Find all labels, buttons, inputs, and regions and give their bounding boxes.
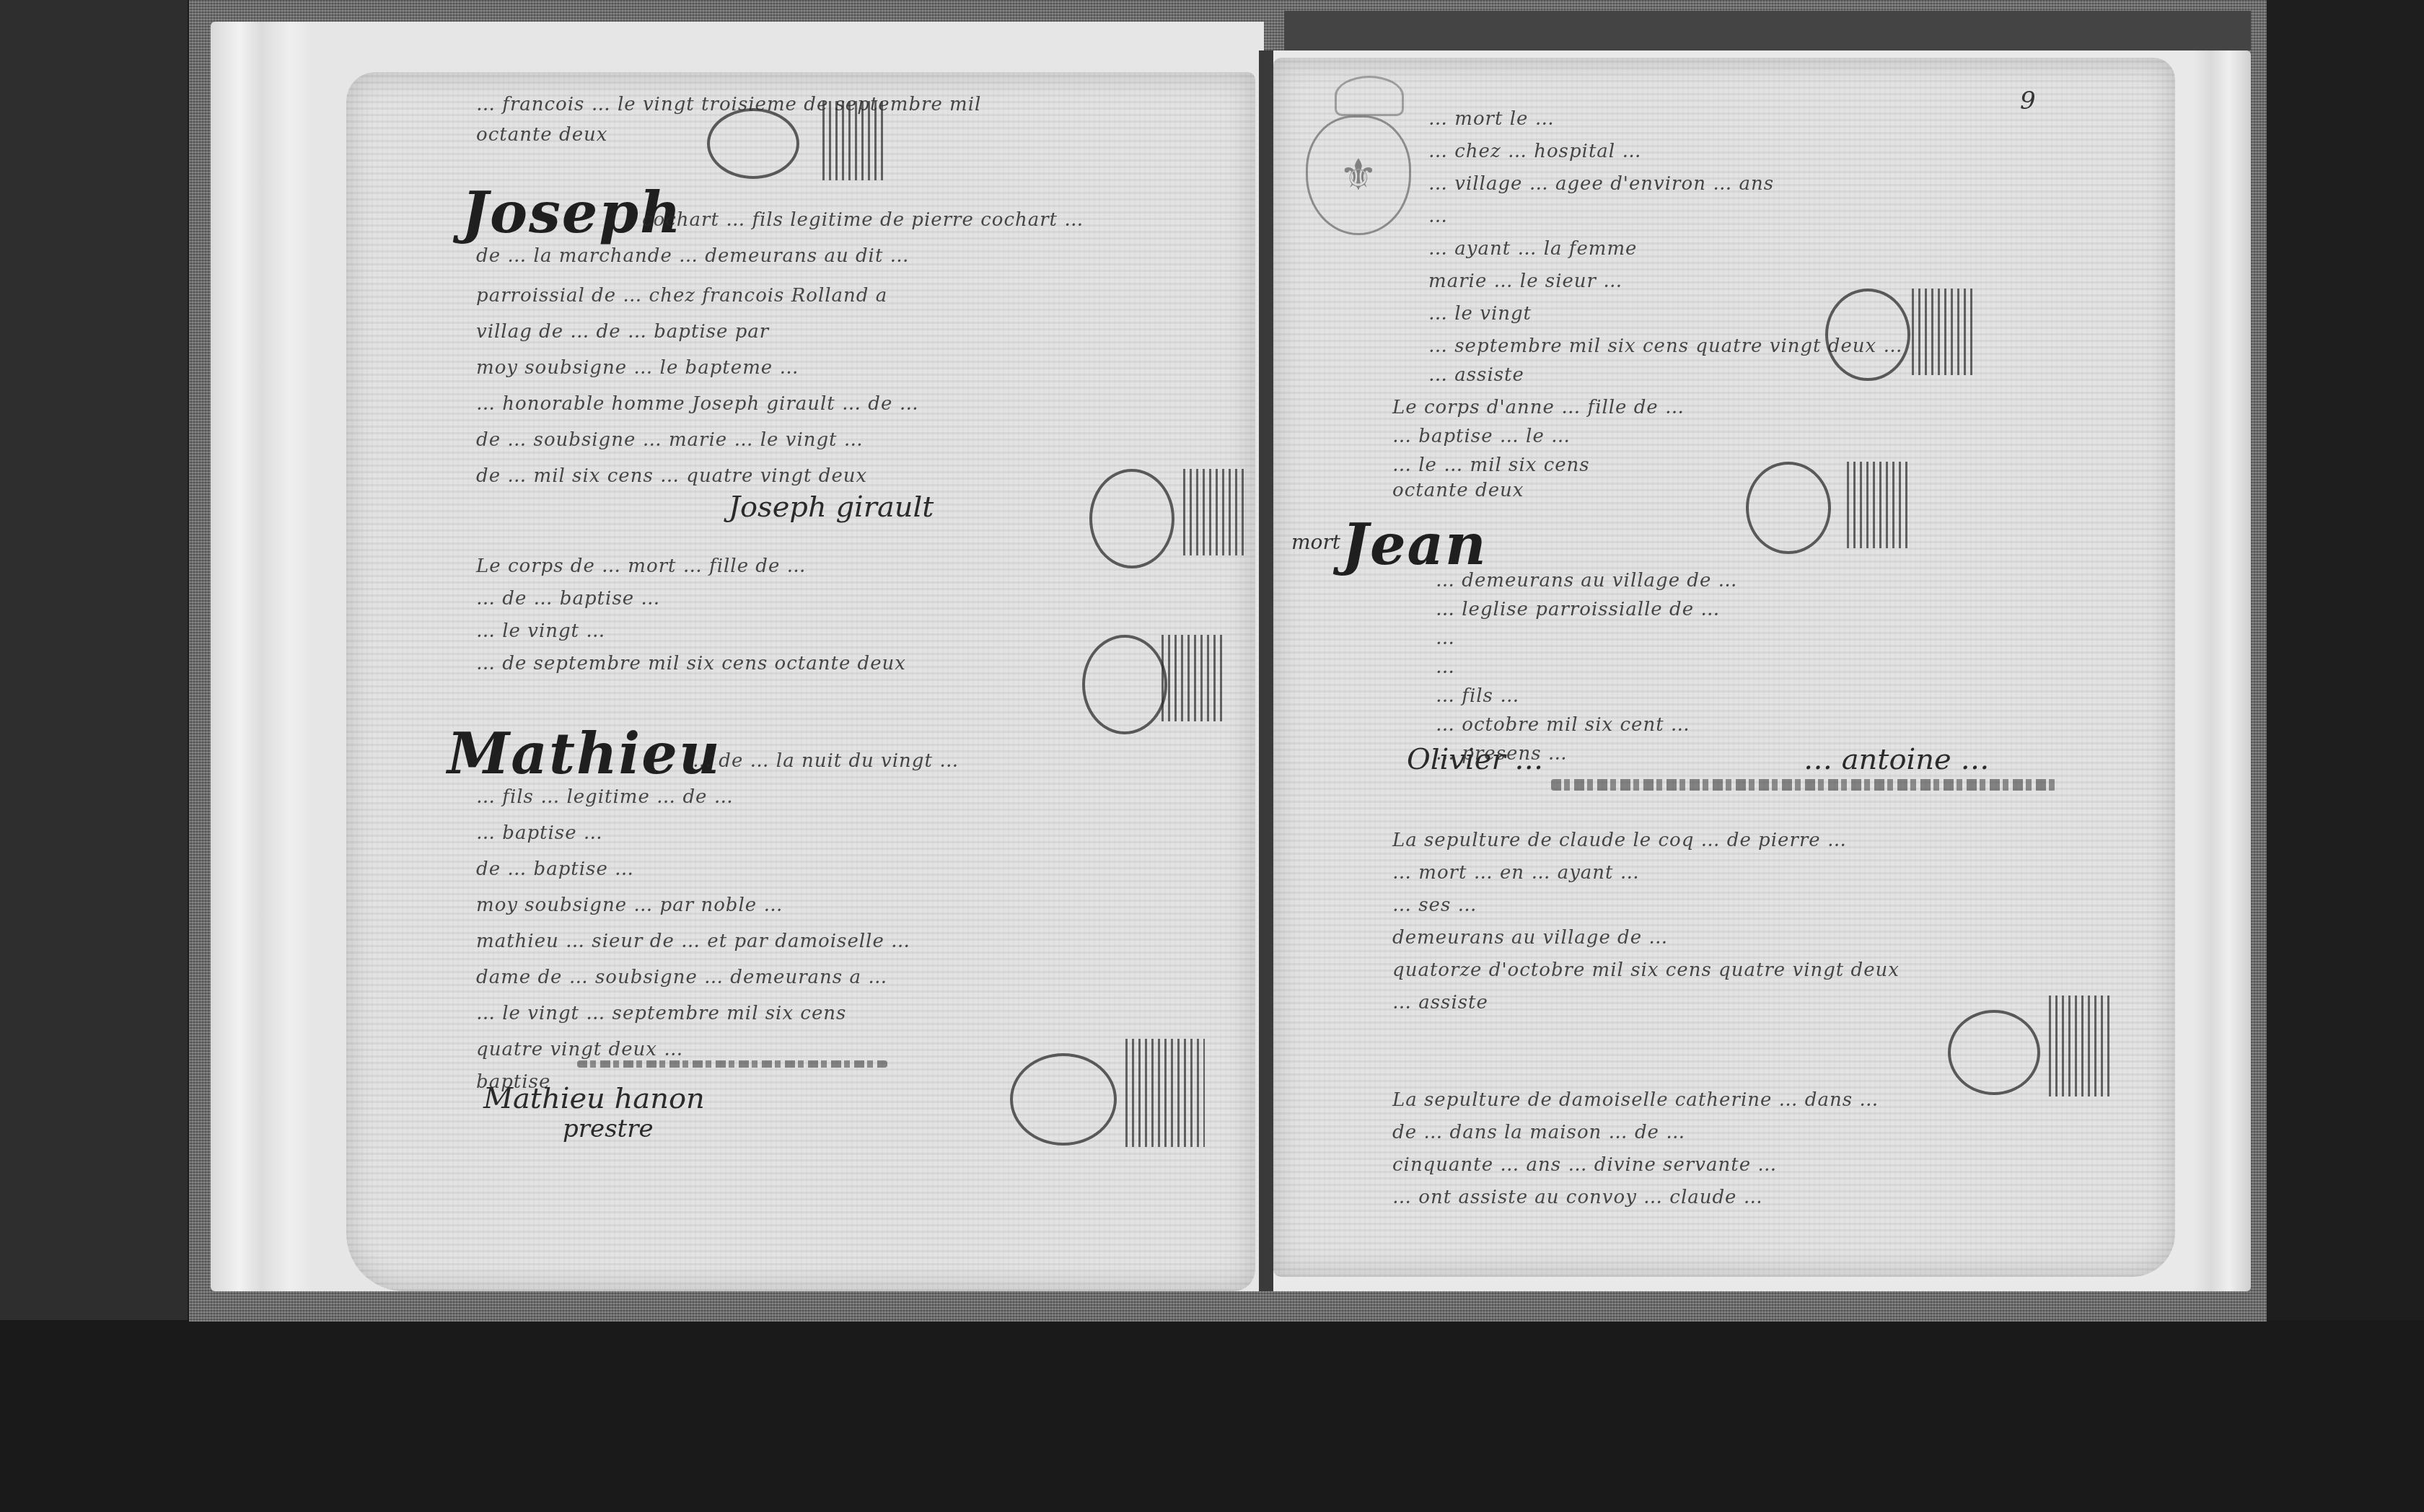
text-line: … mort … en … ayant … [1392,862,1640,884]
text-line: moy soubsigne … le bapteme … [476,357,799,379]
signature-paraph [1948,1010,2040,1095]
crown-stamp-icon [1335,76,1404,116]
text-line: … assiste [1428,364,1524,386]
text-line: … octobre mil six cent … [1436,714,1690,736]
text-line: cochart … fils legitime de pierre cochar… [642,209,1084,231]
text-line: dame de … soubsigne … demeurans a … [476,967,887,988]
page-number: 9 [2020,87,2036,115]
text-line: demeurans au village de … [1392,927,1668,949]
text-line: … ses … [1392,895,1477,916]
text-line: … de septembre mil six cens octante deux [476,653,906,674]
text-line: … fils … legitime … de … [476,786,734,808]
text-line: octante deux [476,124,607,146]
text-line: … de … baptise … [476,588,660,610]
text-line: … chez … hospital … [1428,141,1641,162]
book-gutter [1259,50,1273,1291]
entry-name-mathieu: Mathieu [447,721,721,787]
text-line: mathieu … sieur de … et par damoiselle … [476,931,910,952]
text-line: La sepulture de claude le coq … de pierr… [1392,830,1847,851]
text-line: de … mil six cens … quatre vingt deux [476,465,867,487]
entry-name-jean: Jean [1342,512,1488,578]
text-line: … ont assiste au convoy … claude … [1392,1187,1763,1208]
signature-flourish [1161,635,1226,721]
signature-paraph [1746,462,1831,554]
text-line: … le vingt … septembre mil six cens [476,1003,846,1024]
text-line: … mort le … [1428,108,1555,130]
text-line: de … soubsigne … marie … le vingt … [476,429,864,451]
text-line: … village … agee d'environ … ans [1428,173,1774,195]
signature-scrawl [1551,779,2056,791]
text-line: villag de … de … baptise par [476,321,769,343]
text-line: moy soubsigne … par noble … [476,895,783,916]
signature-paraph [1010,1053,1117,1146]
text-line: … assiste [1392,992,1488,1014]
text-line: … baptise … le … [1392,426,1571,447]
text-line: de … dans la maison … de … [1392,1122,1685,1143]
text-line: … de … la nuit du vingt … [693,750,959,772]
text-line: … baptise … [476,822,603,844]
signature-olivier: Olivier … [1407,743,1543,776]
signature-flourish [1912,289,1977,375]
fleur-de-lis-stamp-icon: ⚜ [1306,115,1411,235]
background-right [2265,0,2424,1512]
text-line: … fils … [1436,685,1519,707]
background-left [0,0,188,1512]
text-line: de … la marchande … demeurans au dit … [476,245,910,267]
text-line: … [1436,628,1455,649]
text-line: de … baptise … [476,858,634,880]
text-line: Le corps de … mort … fille de … [476,555,807,577]
text-line: quatre vingt deux … [476,1039,683,1060]
signature-title-prestre: prestre [563,1115,654,1143]
text-line: La sepulture de damoiselle catherine … d… [1392,1089,1879,1111]
signature-scrawl [577,1060,887,1068]
text-line: marie … le sieur … [1428,271,1622,292]
background-bottom [0,1320,2424,1512]
text-line: … demeurans au village de … [1436,570,1738,592]
text-line: … le vingt … [476,620,605,642]
signature-paraph [1825,289,1910,381]
signature-paraph [707,108,799,179]
text-line: … ayant … la femme [1428,238,1637,260]
text-line: … leglise parroissialle de … [1436,599,1720,620]
signature-flourish [1125,1039,1205,1147]
margin-note-mort: mort [1291,530,1340,554]
text-line: … le vingt [1428,303,1532,325]
text-line: quatorze d'octobre mil six cens quatre v… [1392,959,1900,981]
text-line: … [1428,206,1448,227]
signature-antoine: … antoine … [1804,743,1989,776]
book-spine-strip [1284,11,2251,50]
signature-paraph [1082,635,1167,734]
text-line: parroissial de … chez francois Rolland a [476,285,887,307]
signature-flourish [1183,469,1248,555]
text-line: cinquante … ans … divine servante … [1392,1154,1777,1176]
text-line: octante deux [1392,480,1524,501]
signature-flourish [2049,995,2114,1096]
text-line: … le … mil six cens [1392,454,1590,476]
text-line: … honorable homme Joseph girault … de … [476,393,919,415]
text-line: Le corps d'anne … fille de … [1392,397,1685,418]
text-line: … [1436,656,1455,678]
text-line: … francois … le vingt troisieme de septe… [476,94,981,115]
signature-paraph [1089,469,1174,568]
signature-joseph-girault: Joseph girault [729,491,934,524]
signature-flourish [1847,462,1912,548]
signature-mathieu-hanon: Mathieu hanon [483,1082,705,1115]
signature-flourish [822,101,887,180]
